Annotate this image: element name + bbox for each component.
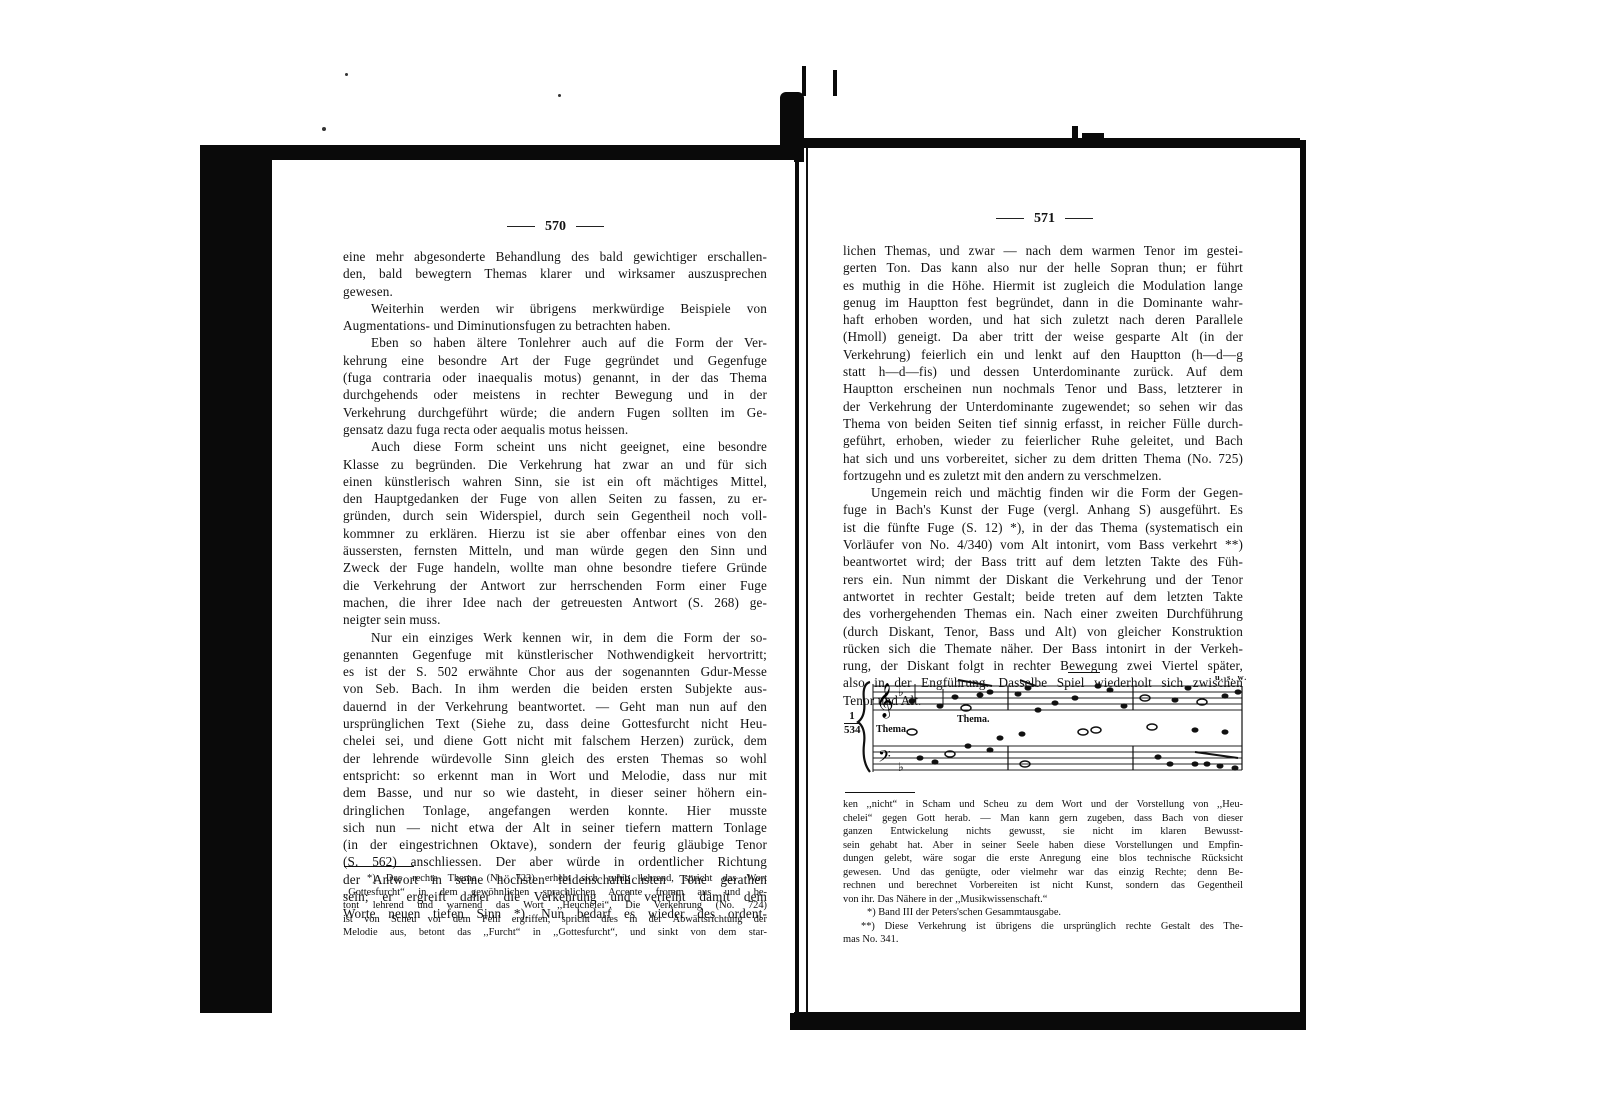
left-page-footnote: *) Das rechte Thema (No. 723) erhebt sic… <box>343 872 767 940</box>
text-line: statt h—d—fis) und dessen Unterdominante… <box>843 363 1243 380</box>
footnote-line: ist von Scheu vor dem Fehl ergriffen, sp… <box>343 913 767 927</box>
text-line: geführt, erhoben, wieder zu feierlicher … <box>843 432 1243 449</box>
text-line: gensatz dazu fuga recta oder aequalis mo… <box>343 421 767 438</box>
left-page-top-edge <box>200 145 800 160</box>
text-line: Verkehrung) feierlich ein und lenkt auf … <box>843 346 1243 363</box>
text-line: hat sich und uns vorbereitet, sicher zu … <box>843 450 1243 467</box>
binding-tab <box>1082 133 1104 141</box>
text-line: dauernd in der Verkehrung beantwortet. —… <box>343 698 767 715</box>
text-line: Thema von beiden Seiten tief sinnig erfa… <box>843 415 1243 432</box>
footnote-line: **) Diese Verkehrung ist übrigens die ur… <box>843 920 1243 934</box>
text-line: machen, die ihrer Idee nach der getreues… <box>343 594 767 611</box>
text-line: Hauptton erscheinen nun nochmals Tenor u… <box>843 380 1243 397</box>
text-line: Eben so haben ältere Tonlehrer auch auf … <box>343 334 767 351</box>
left-page-shadow-edge <box>200 145 272 1013</box>
text-line: sich nun — nicht etwa der Alt in seiner … <box>343 819 767 836</box>
text-line: neigter sein muss. <box>343 611 767 628</box>
binding-tab <box>1072 126 1078 142</box>
text-line: kehrung eine besondre Art der Fuge gegrü… <box>343 352 767 369</box>
right-page-footnote: ken ,,nicht“ in Scham und Scheu zu dem W… <box>843 798 1243 947</box>
text-line: eine mehr abgesonderte Behandlung des ba… <box>343 248 767 265</box>
footnote-line: sein gehabt hat. Aber in seiner Seele ha… <box>843 839 1243 853</box>
text-line: rers ein. Nun nimmt der Diskant die Verk… <box>843 571 1243 588</box>
svg-text:𝄞: 𝄞 <box>876 683 894 719</box>
binding-peg <box>833 70 837 96</box>
gutter-binding <box>780 92 804 162</box>
text-line: äussersten, fernsten Mitteln, und man wü… <box>343 542 767 559</box>
text-line: Nur ein einziges Werk kennen wir, in dem… <box>343 629 767 646</box>
svg-text:♭: ♭ <box>898 760 904 774</box>
text-line: (in der eingestrichnen Oktave), sondern … <box>343 836 767 853</box>
right-footnote-rule <box>845 792 915 793</box>
text-line: Zweck der Fuge handeln, wollte man ohne … <box>343 559 767 576</box>
scanned-book-spread: 570 eine mehr abgesonderte Behandlung de… <box>0 0 1600 1108</box>
footnote-line: dungen gelebt, wäre sogar die erste Anre… <box>843 852 1243 866</box>
text-line: gewesen. <box>343 283 767 300</box>
right-page-bottom-edge <box>790 1012 1306 1030</box>
text-line: es muthig in die Höhe. Hiermit ist zugle… <box>843 277 1243 294</box>
text-line: der Verkehrung der Unterdominante zugewe… <box>843 398 1243 415</box>
text-line: der lehrende würdevolle Sinn gleich des … <box>343 750 767 767</box>
text-line: beantwortet wird; der Bass tritt auf dem… <box>843 553 1243 570</box>
left-footnote-rule <box>344 866 414 867</box>
text-line: Auch diese Form scheint uns nicht geeign… <box>343 438 767 455</box>
right-page-top-edge <box>800 138 1300 148</box>
text-line: (Hmoll) geneigt. Da aber tritt der weise… <box>843 328 1243 345</box>
footnote-line: ken ,,nicht“ in Scham und Scheu zu dem W… <box>843 798 1243 812</box>
footnote-line: ganzen Entwickelung nichts gewusst, sie … <box>843 825 1243 839</box>
text-line: haft erhoben worden, und hat sich zuletz… <box>843 311 1243 328</box>
text-line: Ungemein reich und mächtig finden wir di… <box>843 484 1243 501</box>
text-line: von Seb. Bach. In ihm werden die beiden … <box>343 680 767 697</box>
text-line: Augmentations- und Diminutionsfugen zu b… <box>343 317 767 334</box>
footnote-line: chelei“ gegen Gott herab. — Man kann ger… <box>843 812 1243 826</box>
footnote-line: Melodie aus, betont das ,,Furcht“ in ,,G… <box>343 926 767 940</box>
text-line: dem Basse, und nur so wie dasteht, in di… <box>343 784 767 801</box>
left-page-number: 570 <box>497 219 614 235</box>
text-line: lichen Themas, und zwar — nach dem warme… <box>843 242 1243 259</box>
text-line: den Hauptgedanken der Fuge von allen Sei… <box>343 490 767 507</box>
text-line: (fuga contraria oder inaequalis motus) g… <box>343 369 767 386</box>
text-line: ursprünglichen Text (Siehe zu, dass dein… <box>343 715 767 732</box>
thema-label-lower: Thema. <box>876 724 909 735</box>
svg-text:𝄢: 𝄢 <box>878 746 891 770</box>
text-line: (S. 562) anschliessen. Der aber würde in… <box>343 853 767 870</box>
text-line: fuge in Bach's Kunst der Fuge (vergl. An… <box>843 501 1243 518</box>
dust-speck <box>558 94 561 97</box>
footnote-line: gewesen. Und das genügte, oder vielmehr … <box>843 866 1243 880</box>
text-line: gründen, durch sein Widerspiel, durch se… <box>343 507 767 524</box>
dust-speck <box>322 127 326 131</box>
text-line: entspricht: so erkennt man in Wort und M… <box>343 767 767 784</box>
text-line: ist die fünfte Fuge (S. 12) *), in der d… <box>843 519 1243 536</box>
footnote-line: ,,Gottesfurcht“ in dem gewöhnlichen spra… <box>343 886 767 900</box>
footnote-line: rechnen und berechnet Vorbereiten ist ni… <box>843 879 1243 893</box>
text-line: den, bald bewegtern Themas klarer und wi… <box>343 265 767 282</box>
thema-label-upper: Thema. <box>957 714 990 725</box>
text-line: genug im Hauptton fest begründet, dann i… <box>843 294 1243 311</box>
footnote-line: *) Band III der Peters'schen Gesammtausg… <box>843 906 1243 920</box>
text-line: antwortet in rechter Gestalt; beide tret… <box>843 588 1243 605</box>
footnote-line: von ihr. Das Nähere in der ,,Musikwissen… <box>843 893 1243 907</box>
dust-speck <box>345 73 348 76</box>
right-page-body: lichen Themas, und zwar — nach dem warme… <box>843 242 1243 709</box>
text-line: genannten Gegenfuge mit künstlerischer N… <box>343 646 767 663</box>
music-example: 1 534 <box>840 672 1250 780</box>
text-line: des vorhergehenden Themas ein. Nach eine… <box>843 605 1243 622</box>
footnote-line: mas No. 341. <box>843 933 1243 947</box>
text-line: Weiterhin werden wir übrigens merkwürdig… <box>343 300 767 317</box>
text-line: gerten Ton. Das kann also nur der helle … <box>843 259 1243 276</box>
text-line: Vorläufer von No. 4/340) vom Alt intonir… <box>843 536 1243 553</box>
text-line: chelei sei, und diene Gott nicht mit fal… <box>343 732 767 749</box>
right-page-number: 571 <box>986 211 1103 227</box>
svg-text:♭: ♭ <box>898 685 904 699</box>
binding-peg <box>802 66 806 96</box>
text-line: Klasse zu begründen. Die Verkehrung hat … <box>343 456 767 473</box>
continuation-mark: u. s. w. <box>1215 672 1247 682</box>
text-line: kommner zu erklären. Hierzu ist sie aber… <box>343 525 767 542</box>
text-line: durchgehends oder meistens in rechter Be… <box>343 386 767 403</box>
text-line: Verkehrung durchgeführt würde; die ander… <box>343 404 767 421</box>
text-line: einen künstlerisch wahren Sinn, sie ist … <box>343 473 767 490</box>
text-line: dringlichen Tonlage, angefangen werden k… <box>343 802 767 819</box>
left-page-body: eine mehr abgesonderte Behandlung des ba… <box>343 248 767 923</box>
text-line: (durch Diskant, Tenor, Bass und Alt) von… <box>843 623 1243 640</box>
text-line: die Verkehrung der Antwort zur herrschen… <box>343 577 767 594</box>
text-line: fortzugehn und es zuletzt mit den andern… <box>843 467 1243 484</box>
footnote-line: tont lehrend und warnend das Wort ,,Heuc… <box>343 899 767 913</box>
gutter-line <box>795 150 799 1030</box>
text-line: es ist der S. 502 erwähnte Chor aus der … <box>343 663 767 680</box>
text-line: rücken sich die Themate näher. Der Bass … <box>843 640 1243 657</box>
footnote-line: *) Das rechte Thema (No. 723) erhebt sic… <box>343 872 767 886</box>
